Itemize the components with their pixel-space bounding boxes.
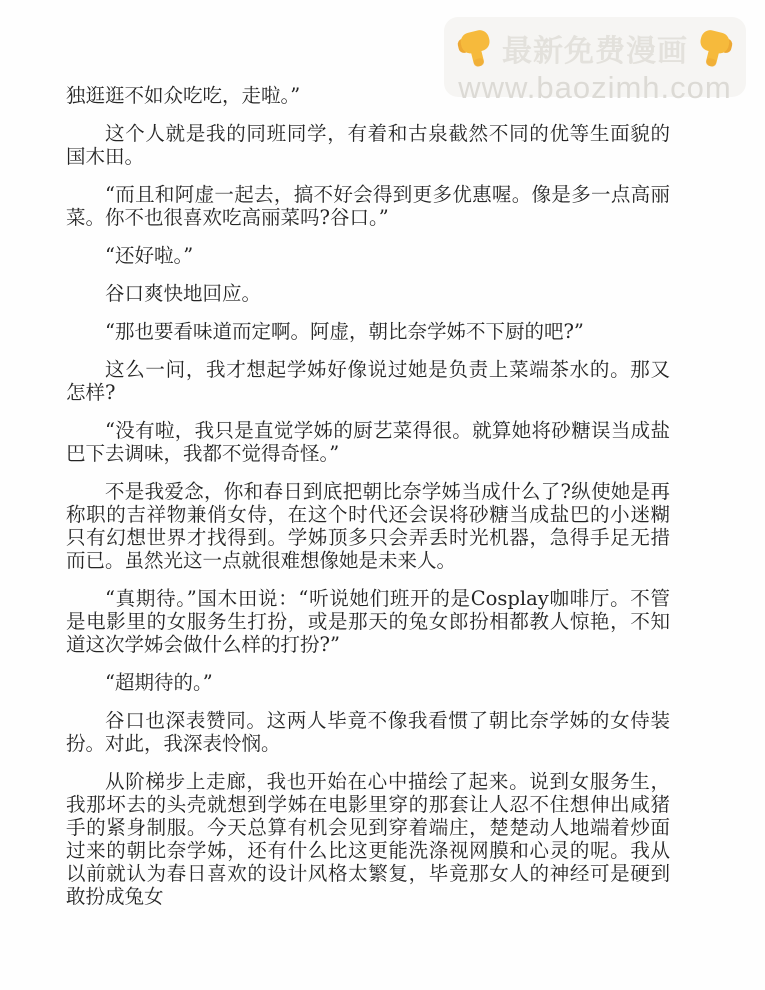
paragraph-1: 独逛逛不如众吃吃，走啦。” [66,84,670,107]
paragraph-3: “而且和阿虚一起去，搞不好会得到更多优惠喔。像是多一点高丽菜。你不也很喜欢吃高丽… [66,183,670,229]
pointing-down-icon [693,25,737,71]
paragraph-13: 从阶梯步上走廊，我也开始在心中描绘了起来。说到女服务生，我那坏去的头壳就想到学姊… [66,770,670,908]
paragraph-7: 这么一问，我才想起学姊好像说过她是负责上菜端茶水的。那又怎样? [66,358,670,404]
paragraph-8: “没有啦，我只是直觉学姊的厨艺菜得很。就算她将砂糖误当成盐巴下去调味，我都不觉得… [66,419,670,465]
paragraph-5: 谷口爽快地回应。 [66,282,670,305]
watermark-title-row: 最新免费漫画 [444,22,746,74]
pointing-down-icon [453,25,497,71]
paragraph-10: “真期待。”国木田说：“听说她们班开的是Cosplay咖啡厅。不管是电影里的女服… [66,587,670,656]
paragraph-2: 这个人就是我的同班同学，有着和古泉截然不同的优等生面貌的国木田。 [66,122,670,168]
paragraph-11: “超期待的。” [66,671,670,694]
paragraph-9: 不是我爱念，你和春日到底把朝比奈学姊当成什么了?纵使她是再称职的吉祥物兼俏女侍，… [66,480,670,572]
watermark-title: 最新免费漫画 [502,26,688,70]
paragraph-12: 谷口也深表赞同。这两人毕竟不像我看惯了朝比奈学姊的女侍装扮。对此，我深表怜悯。 [66,709,670,755]
paragraph-4: “还好啦。” [66,244,670,267]
novel-page: 独逛逛不如众吃吃，走啦。” 这个人就是我的同班同学，有着和古泉截然不同的优等生面… [66,84,670,923]
paragraph-6: “那也要看味道而定啊。阿虚，朝比奈学姊不下厨的吧?” [66,320,670,343]
